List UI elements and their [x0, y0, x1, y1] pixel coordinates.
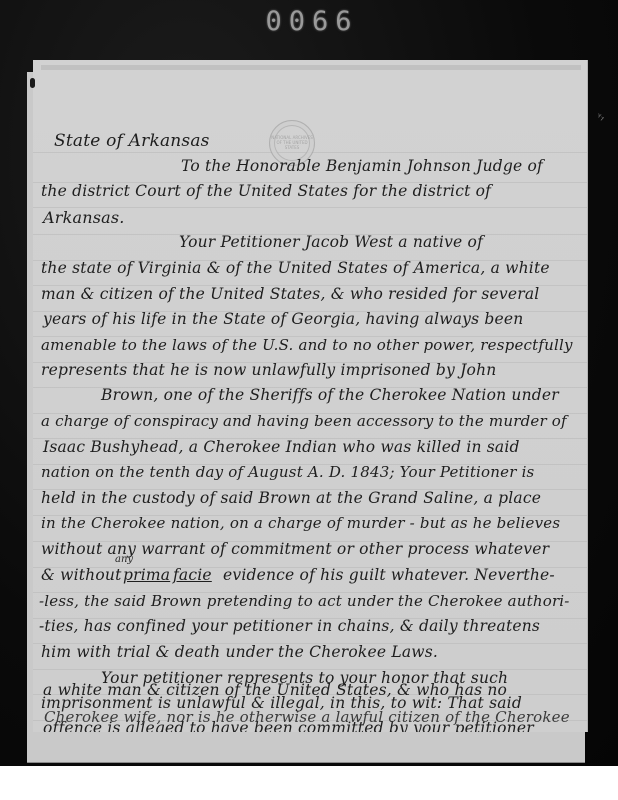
document-page: NATIONAL ARCHIVES OF THE UNITED STATES S… [33, 60, 588, 732]
frame-number: 0066 [232, 6, 392, 37]
text-line: a charge of conspiracy and having been a… [41, 414, 567, 429]
text-line: represents that he is now unlawfully imp… [41, 363, 496, 379]
underlined-phrase-facie: facie [173, 568, 212, 584]
text-line: held in the custody of said Brown at the… [41, 491, 541, 507]
text-line: man & citizen of the United States, & wh… [41, 287, 539, 303]
text-line: a white man & citizen of the United Stat… [43, 683, 507, 699]
text-line: the state of Virginia & of the United St… [41, 261, 550, 277]
page-top-edge [41, 65, 581, 70]
text-line: Cherokee wife, nor is he otherwise a law… [44, 710, 570, 725]
text-line: him with trial & death under the Cheroke… [41, 645, 438, 661]
text-line: in the Cherokee nation, on a charge of m… [41, 516, 560, 531]
text-line: nation on the tenth day of August A. D. … [41, 465, 534, 480]
text-line: Your Petitioner Jacob West a native of [179, 235, 483, 251]
page-edge-tab [30, 78, 35, 88]
underlined-phrase-prima: prima [123, 568, 170, 584]
address-line: To the Honorable Benjamin Johnson Judge … [181, 159, 543, 175]
text-line: -ties, has confined your petitioner in c… [39, 619, 540, 635]
text-line: Arkansas. [43, 210, 125, 226]
interlinear-insertion: any [115, 554, 133, 565]
text-line: -less, the said Brown pretending to act … [39, 594, 570, 609]
text-line: Brown, one of the Sheriffs of the Cherok… [101, 388, 559, 404]
document-heading: State of Arkansas [54, 133, 210, 150]
text-line: Isaac Bushyhead, a Cherokee Indian who w… [43, 440, 520, 456]
text-line-segment: & without [41, 568, 122, 584]
text-line: amenable to the laws of the U.S. and to … [41, 338, 573, 353]
corner-mark: ᵞ₇ [596, 112, 606, 124]
text-line: years of his life in the State of Georgi… [43, 312, 523, 328]
microfilm-scan-background: 0066 ᵞ₇ NATIONAL ARCHIVES OF THE UNITED … [0, 0, 618, 766]
stamp-text: NATIONAL ARCHIVES OF THE UNITED STATES [270, 135, 314, 150]
text-line: the district Court of the United States … [41, 184, 491, 200]
text-line-segment: evidence of his guilt whatever. Neverthe… [223, 568, 555, 584]
